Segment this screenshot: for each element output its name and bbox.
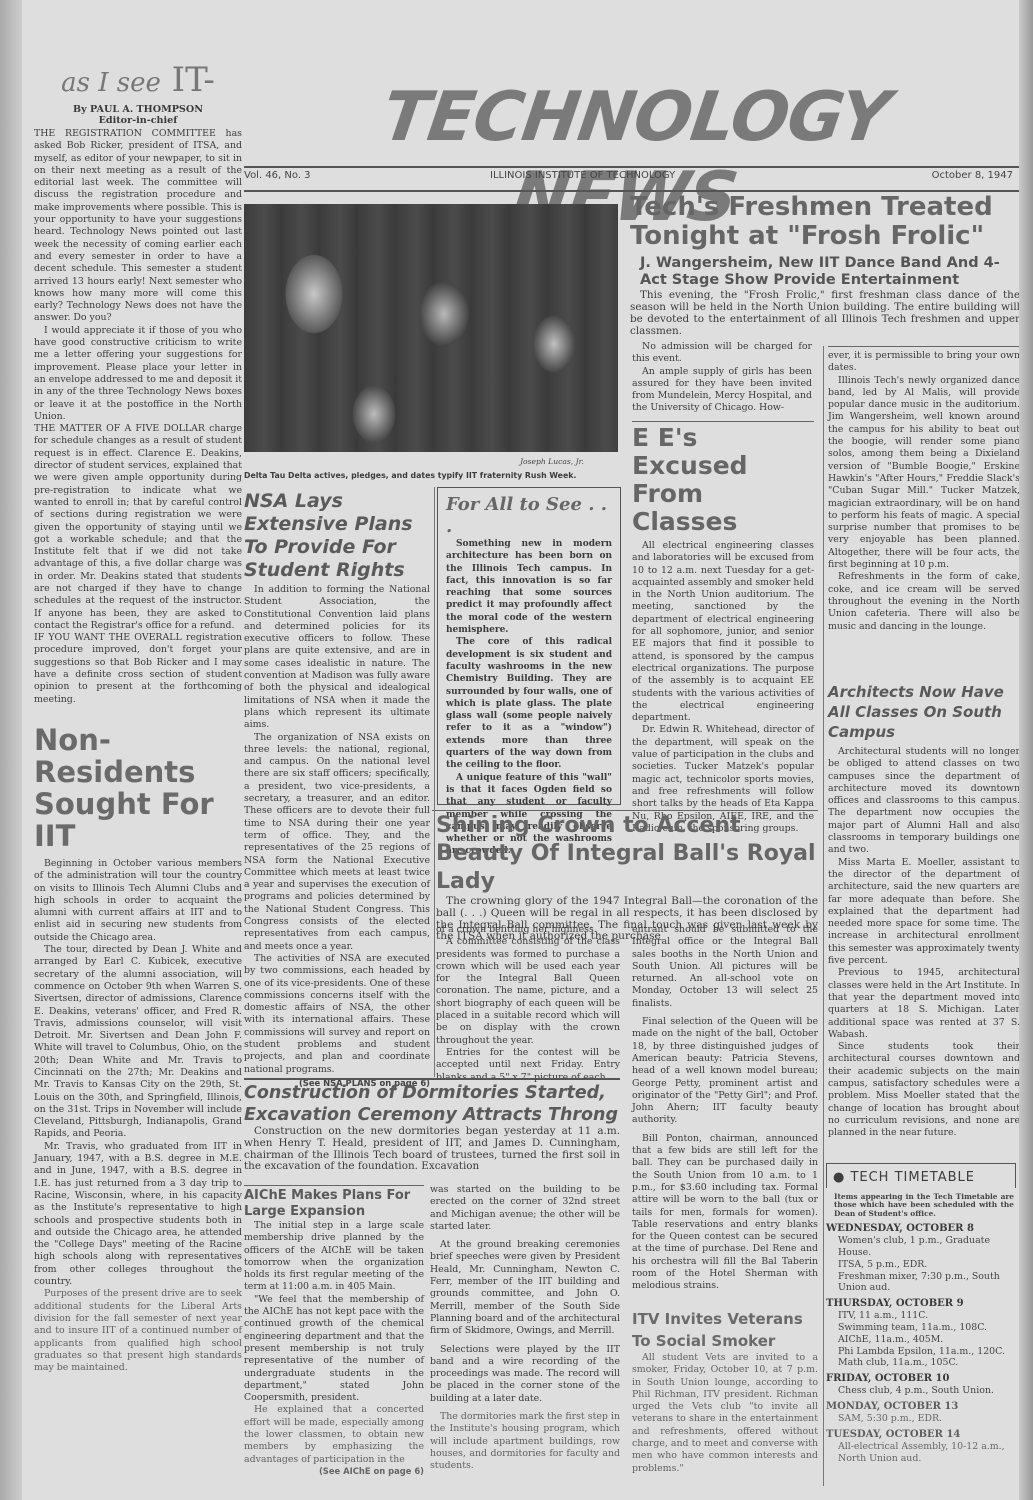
for-all-to-see-box: For All to See . . . Something new in mo… (437, 487, 621, 805)
dorms-column: was started on the building to be erecte… (430, 1184, 620, 1473)
frosh-lead: This evening, the "Frosh Frolic," first … (630, 289, 1020, 337)
newspaper-page: as I see IT- By PAUL A. THOMPSON Editor-… (0, 0, 1033, 1500)
architects-body: Architectural students will no longer be… (828, 746, 1020, 1140)
architects-article: Architects Now Have All Classes On South… (828, 682, 1020, 1140)
timetable-item: ITSA, 5 p.m., EDR. (826, 1259, 1016, 1271)
column-rule (828, 346, 1020, 347)
article-paragraph: Beginning in October various members of … (34, 858, 242, 944)
frosh-frolic-article: Tech's Freshmen Treated Tonight at "Fros… (630, 193, 1020, 337)
editorial-column: as I see IT- By PAUL A. THOMPSON Editor-… (34, 60, 242, 1374)
editorial-paragraph: THE MATTER OF A FIVE DOLLAR charge for s… (34, 423, 242, 632)
non-residents-body: Beginning in October various members of … (34, 858, 242, 1374)
nsa-headline: NSA Lays Extensive Plans To Provide For … (244, 490, 430, 582)
timetable-item: All-electrical Assembly, 10-12 a.m., Nor… (826, 1441, 1016, 1465)
timetable-day: MONDAY, OCTOBER 13 (826, 1400, 1016, 1413)
column-divider (434, 487, 435, 1077)
nsa-body: In addition to forming the National Stud… (244, 584, 430, 1076)
timetable-day: WEDNESDAY, OCTOBER 8 (826, 1222, 1016, 1235)
architects-headline: Architects Now Have All Classes On South… (828, 682, 1020, 742)
dorms-lead: Construction on the new dormitories bega… (244, 1126, 620, 1173)
frosh-column-2: ever, it is permissible to bring your ow… (828, 350, 1020, 633)
timetable-item: Women's club, 1 p.m., Graduate House. (826, 1235, 1016, 1259)
institution-name: ILLINOIS INSTITUTE OF TECHNOLOGY (490, 170, 675, 181)
volume-number: Vol. 46, No. 3 (244, 170, 311, 181)
nsa-article: NSA Lays Extensive Plans To Provide For … (244, 490, 430, 1088)
section-rule (632, 421, 814, 422)
tech-timetable: ● TECH TIMETABLE Items appearing in the … (826, 1163, 1016, 1464)
crown-column-2: entrant should be submitted to the Integ… (632, 924, 818, 1293)
aiche-continued-link[interactable]: (See AIChE on page 6) (244, 1466, 424, 1476)
article-paragraph: The core of this radical development is … (446, 636, 612, 771)
itv-article: ITV Invites Veterans To Social Smoker Al… (632, 1308, 818, 1475)
timetable-item: AIChE, 11a.m., 405M. (826, 1334, 1016, 1346)
timetable-item: SAM, 5:30 p.m., EDR. (826, 1413, 1016, 1425)
column-divider (823, 346, 824, 1486)
timetable-item: Chess club, 4 p.m., South Union. (826, 1385, 1016, 1397)
article-paragraph: Purposes of the present drive are to see… (34, 1288, 242, 1374)
article-paragraph: The organization of NSA exists on three … (244, 732, 430, 953)
section-rule (432, 810, 818, 811)
bullet-icon: ● (833, 1170, 845, 1185)
byline: By PAUL A. THOMPSON (34, 104, 242, 115)
photo-credit: Joseph Lucas, Jr. (520, 457, 584, 466)
ee-article: E E's Excused From Classes All electrica… (632, 424, 814, 835)
masthead-top-rule (244, 166, 1020, 168)
editorial-column-title: as I see IT- (34, 60, 242, 100)
aiche-headline: AIChE Makes Plans For Large Expansion (244, 1188, 424, 1220)
timetable-item: Phi Lambda Epsilon, 11a.m., 120C. (826, 1346, 1016, 1358)
fraternity-photo (244, 204, 618, 452)
section-rule (244, 1078, 620, 1080)
ee-body: All electrical engineering classes and l… (632, 540, 814, 835)
frosh-column-1: No admission will be charged for this ev… (632, 341, 812, 415)
byline-role: Editor-in-chief (34, 115, 242, 126)
timetable-item: ITV, 11 a.m., 111C. (826, 1310, 1016, 1322)
itv-headline: ITV Invites Veterans To Social Smoker (632, 1308, 818, 1352)
dorms-article: Construction of Dormitories Started, Exc… (244, 1082, 620, 1173)
aiche-body: The initial step in a large scale member… (244, 1220, 424, 1466)
article-paragraph: In addition to forming the National Stud… (244, 584, 430, 732)
timetable-title: TECH TIMETABLE (850, 1170, 975, 1185)
article-paragraph: The tour, directed by Dean J. White and … (34, 944, 242, 1141)
aiche-article: AIChE Makes Plans For Large Expansion Th… (244, 1188, 424, 1476)
editorial-paragraph: THE REGISTRATION COMMITTEE has asked Bob… (34, 128, 242, 325)
for-all-to-see-headline: For All to See . . . (446, 494, 612, 538)
editorial-paragraph: I would appreciate it if those of you wh… (34, 325, 242, 423)
issue-date: October 8, 1947 (932, 170, 1013, 181)
editorial-body: THE REGISTRATION COMMITTEE has asked Bob… (34, 128, 242, 706)
timetable-header: ● TECH TIMETABLE (826, 1163, 1016, 1188)
timetable-day: THURSDAY, OCTOBER 9 (826, 1297, 1016, 1310)
non-residents-headline: Non-Residents Sought For IIT (34, 724, 242, 852)
article-paragraph: Something new in modern architecture has… (446, 538, 612, 636)
timetable-item: Swimming team, 11a.m., 108C. (826, 1322, 1016, 1334)
timetable-note: Items appearing in the Tech Timetable ar… (826, 1193, 1016, 1218)
crown-headline: Shining Crown to Accent Beauty Of Integr… (436, 812, 818, 896)
article-paragraph: The activities of NSA are executed by tw… (244, 953, 430, 1076)
photo-caption: Delta Tau Delta actives, pledges, and da… (244, 471, 624, 480)
crown-column-1: of a crown befitting her highness. A com… (436, 924, 620, 1084)
editorial-paragraph: IF YOU WANT THE OVERALL registration pro… (34, 632, 242, 706)
frosh-headline: Tech's Freshmen Treated Tonight at "Fros… (630, 193, 1020, 251)
timetable-item: Math club, 11a.m., 105C. (826, 1357, 1016, 1369)
itv-body: All student Vets are invited to a smoker… (632, 1352, 818, 1475)
timetable-day: FRIDAY, OCTOBER 10 (826, 1372, 1016, 1385)
timetable-list: WEDNESDAY, OCTOBER 8 Women's club, 1 p.m… (826, 1222, 1016, 1464)
dorms-headline: Construction of Dormitories Started, Exc… (244, 1082, 620, 1126)
frosh-subhead: J. Wangersheim, New IIT Dance Band And 4… (640, 255, 1020, 289)
ee-headline: E E's Excused From Classes (632, 424, 814, 536)
article-paragraph: Mr. Travis, who graduated from IIT in Ja… (34, 1141, 242, 1289)
section-rule (244, 1185, 424, 1186)
timetable-day: TUESDAY, OCTOBER 14 (826, 1428, 1016, 1441)
timetable-item: Freshman mixer, 7:30 p.m., South Union a… (826, 1271, 1016, 1295)
